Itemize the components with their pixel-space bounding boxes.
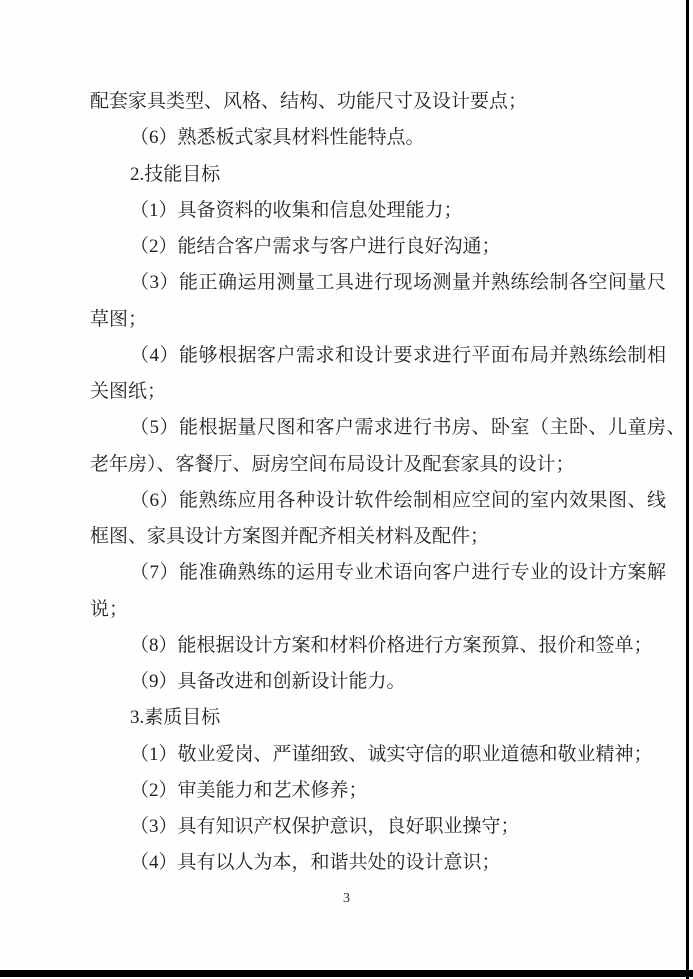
doc-line: 草图；	[90, 302, 603, 338]
doc-line: （2）能结合客户需求与客户进行良好沟通；	[90, 229, 603, 265]
doc-line: （7）能准确熟练的运用专业术语向客户进行专业的设计方案解	[90, 555, 603, 591]
doc-line: （1）具备资料的收集和信息处理能力；	[90, 193, 603, 229]
doc-line: （4）具有以人为本，和谐共处的设计意识；	[90, 845, 603, 881]
doc-line: 框图、家具设计方案图并配齐相关材料及配件；	[90, 519, 603, 555]
doc-line: （2）审美能力和艺术修养；	[90, 773, 603, 809]
scan-artifact-bottom-edge	[0, 970, 693, 977]
doc-line: （4）能够根据客户需求和设计要求进行平面布局并熟练绘制相	[90, 338, 603, 374]
doc-line: （6）熟悉板式家具材料性能特点。	[90, 120, 603, 156]
doc-line: 配套家具类型、风格、结构、功能尺寸及设计要点；	[90, 84, 603, 120]
doc-line: （5）能根据量尺图和客户需求进行书房、卧室（主卧、儿童房、	[90, 410, 603, 446]
document-body: 配套家具类型、风格、结构、功能尺寸及设计要点； （6）熟悉板式家具材料性能特点。…	[90, 84, 603, 882]
doc-line: （6）能熟练应用各种设计软件绘制相应空间的室内效果图、线	[90, 483, 603, 519]
doc-line: （3）能正确运用测量工具进行现场测量并熟练绘制各空间量尺	[90, 265, 603, 301]
scan-artifact-right-edge	[686, 0, 689, 979]
doc-line: （1）敬业爱岗、严谨细致、诚实守信的职业道德和敬业精神；	[90, 737, 603, 773]
doc-line: 老年房）、客餐厅、厨房空间布局设计及配套家具的设计；	[90, 447, 603, 483]
doc-heading-skill-goals: 2.技能目标	[90, 157, 603, 193]
page-number: 3	[0, 889, 693, 909]
document-page: 配套家具类型、风格、结构、功能尺寸及设计要点； （6）熟悉板式家具材料性能特点。…	[0, 0, 693, 979]
doc-line: （9）具备改进和创新设计能力。	[90, 664, 603, 700]
doc-line: （3）具有知识产权保护意识，良好职业操守；	[90, 809, 603, 845]
doc-heading-quality-goals: 3.素质目标	[90, 700, 603, 736]
doc-line: 说；	[90, 592, 603, 628]
doc-line: 关图纸；	[90, 374, 603, 410]
doc-line: （8）能根据设计方案和材料价格进行方案预算、报价和签单；	[90, 628, 603, 664]
